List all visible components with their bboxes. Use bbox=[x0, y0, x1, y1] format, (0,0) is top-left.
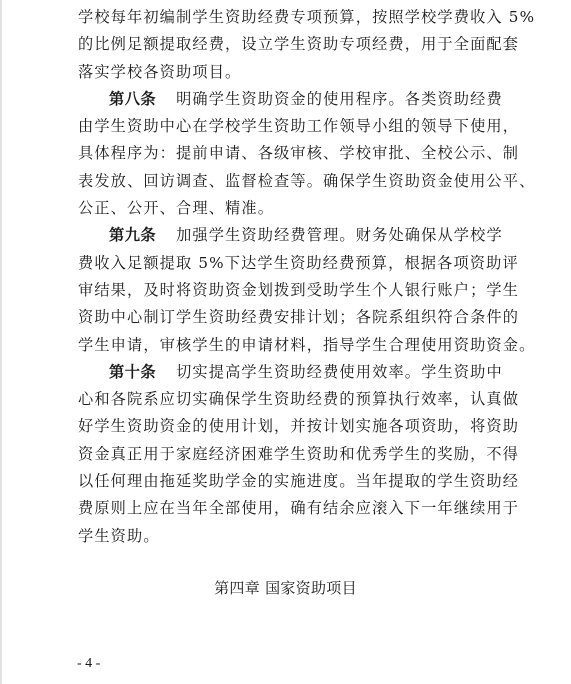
article-first-line: 第九条加强学生资助经费管理。财务处确保从学校学 bbox=[78, 222, 500, 249]
page-number: - 4 - bbox=[77, 656, 100, 672]
text-line: 费收入足额提取 5%下达学生资助经费预算，根据各项资助评 bbox=[78, 250, 500, 277]
document-page: 学校每年初编制学生资助经费专项预算，按照学校学费收入 5% 的比例足额提取经费，… bbox=[78, 4, 500, 550]
article-lead-text: 明确学生资助资金的使用程序。各类资助经费 bbox=[176, 90, 503, 108]
text-line: 表发放、回访调查、监督检查等。确保学生资助资金使用公平、 bbox=[78, 168, 500, 195]
article-first-line: 第八条明确学生资助资金的使用程序。各类资助经费 bbox=[78, 86, 500, 113]
article-first-line: 第十条切实提高学生资助经费使用效率。学生资助中 bbox=[78, 359, 500, 386]
article-10: 第十条切实提高学生资助经费使用效率。学生资助中 心和各院系应切实确保学生资助经费… bbox=[78, 359, 500, 550]
text-line: 学生资助。 bbox=[78, 523, 500, 550]
text-line: 以任何理由拖延奖助学金的实施进度。当年提取的学生资助经 bbox=[78, 468, 500, 495]
text-line: 心和各院系应切实确保学生资助经费的预算执行效率，认真做 bbox=[78, 386, 500, 413]
article-lead-text: 加强学生资助经费管理。财务处确保从学校学 bbox=[176, 226, 503, 244]
text-line: 具体程序为：提前申请、各级审核、学校审批、全校公示、制 bbox=[78, 140, 500, 167]
article-8: 第八条明确学生资助资金的使用程序。各类资助经费 由学生资助中心在学校学生资助工作… bbox=[78, 86, 500, 222]
text-line: 学生申请，审核学生的申请材料，指导学生合理使用资助资金。 bbox=[78, 332, 500, 359]
chapter-heading: 第四章 国家资助项目 bbox=[0, 577, 571, 598]
text-line: 由学生资助中心在学校学生资助工作领导小组的领导下使用， bbox=[78, 113, 500, 140]
article-9: 第九条加强学生资助经费管理。财务处确保从学校学 费收入足额提取 5%下达学生资助… bbox=[78, 222, 500, 358]
text-line: 资助中心制订学生资助经费安排计划；各院系组织符合条件的 bbox=[78, 304, 500, 331]
article-number: 第十条 bbox=[109, 363, 156, 381]
article-lead-text: 切实提高学生资助经费使用效率。学生资助中 bbox=[176, 363, 503, 381]
text-line: 资金真正用于家庭经济困难学生资助和优秀学生的奖励，不得 bbox=[78, 441, 500, 468]
text-line: 费原则上应在当年全部使用，确有结余应滚入下一年继续用于 bbox=[78, 495, 500, 522]
text-line: 审结果，及时将资助资金划拨到受助学生个人银行账户；学生 bbox=[78, 277, 500, 304]
article-number: 第八条 bbox=[109, 90, 156, 108]
text-line: 好学生资助资金的使用计划，并按计划实施各项资助，将资助 bbox=[78, 413, 500, 440]
text-line: 公正、公开、合理、精准。 bbox=[78, 195, 500, 222]
text-line: 的比例足额提取经费，设立学生资助专项经费，用于全面配套 bbox=[78, 31, 500, 58]
text-line: 学校每年初编制学生资助经费专项预算，按照学校学费收入 5% bbox=[78, 4, 500, 31]
article-number: 第九条 bbox=[109, 226, 156, 244]
text-line: 落实学校各资助项目。 bbox=[78, 59, 500, 86]
intro-paragraph: 学校每年初编制学生资助经费专项预算，按照学校学费收入 5% 的比例足额提取经费，… bbox=[78, 4, 500, 86]
